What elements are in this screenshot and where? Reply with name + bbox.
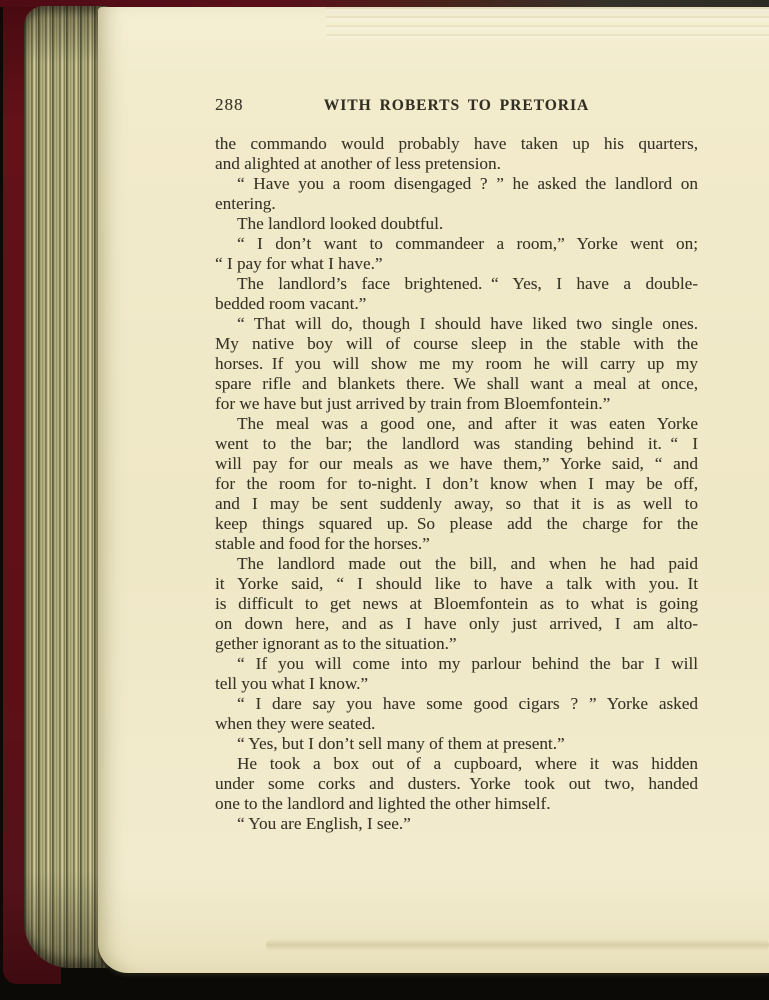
paragraph: “ Have you a room disengaged ? ” he aske… — [215, 174, 698, 214]
page-top-edge-bands — [326, 7, 769, 43]
paragraph: The landlord made out the bill, and when… — [215, 554, 698, 654]
top-spine-edge — [0, 0, 769, 7]
text-line: when they were seated. — [215, 714, 698, 734]
text-line: under some corks and dusters. Yorke took… — [215, 774, 698, 794]
paragraph: “ I dare say you have some good cigars ?… — [215, 694, 698, 734]
book-scan: 288 WITH ROBERTS TO PRETORIA the command… — [0, 0, 769, 1000]
text-line: for the room for to-night. I don’t know … — [215, 474, 698, 494]
text-line: the commando would probably have taken u… — [215, 134, 698, 154]
text-line: My native boy will of course sleep in th… — [215, 334, 698, 354]
text-line: bedded room vacant.” — [215, 294, 698, 314]
text-body: the commando would probably have taken u… — [215, 134, 698, 834]
paragraph: The meal was a good one, and after it wa… — [215, 414, 698, 554]
text-line: gether ignorant as to the situation.” — [215, 634, 698, 654]
text-line: He took a box out of a cupboard, where i… — [215, 754, 698, 774]
paragraph: “ If you will come into my parlour behin… — [215, 654, 698, 694]
text-line: is difficult to get news at Bloemfontein… — [215, 594, 698, 614]
paragraph: the commando would probably have taken u… — [215, 134, 698, 174]
text-line: one to the landlord and lighted the othe… — [215, 794, 698, 814]
text-line: “ If you will come into my parlour behin… — [215, 654, 698, 674]
page-header: 288 WITH ROBERTS TO PRETORIA — [215, 95, 698, 119]
text-line: keep things squared up. So please add th… — [215, 514, 698, 534]
paragraph: “ That will do, though I should have lik… — [215, 314, 698, 414]
page-content: 288 WITH ROBERTS TO PRETORIA the command… — [215, 95, 698, 834]
text-line: The landlord made out the bill, and when… — [215, 554, 698, 574]
text-line: will pay for our meals as we have them,”… — [215, 454, 698, 474]
text-line: “ You are English, I see.” — [215, 814, 698, 834]
page-bottom-crease — [266, 939, 769, 951]
page-stack-edge — [24, 6, 108, 968]
text-line: “ Have you a room disengaged ? ” he aske… — [215, 174, 698, 194]
text-line: on down here, and as I have only just ar… — [215, 614, 698, 634]
text-line: “ Yes, but I don’t sell many of them at … — [215, 734, 698, 754]
text-line: “ That will do, though I should have lik… — [215, 314, 698, 334]
text-line: and alighted at another of less pretensi… — [215, 154, 698, 174]
page-number: 288 — [215, 95, 244, 115]
text-line: The meal was a good one, and after it wa… — [215, 414, 698, 434]
text-line: spare rifle and blankets there. We shall… — [215, 374, 698, 394]
paragraph: “ You are English, I see.” — [215, 814, 698, 834]
text-line: The landlord’s face brightened. “ Yes, I… — [215, 274, 698, 294]
text-line: for we have but just arrived by train fr… — [215, 394, 698, 414]
text-line: horses. If you will show me my room he w… — [215, 354, 698, 374]
text-line: “ I don’t want to commandeer a room,” Yo… — [215, 234, 698, 254]
text-line: entering. — [215, 194, 698, 214]
text-line: tell you what I know.” — [215, 674, 698, 694]
paragraph: “ Yes, but I don’t sell many of them at … — [215, 734, 698, 754]
text-line: The landlord looked doubtful. — [215, 214, 698, 234]
text-line: “ I dare say you have some good cigars ?… — [215, 694, 698, 714]
text-line: stable and food for the horses.” — [215, 534, 698, 554]
running-header: WITH ROBERTS TO PRETORIA — [215, 95, 698, 115]
paragraph: The landlord’s face brightened. “ Yes, I… — [215, 274, 698, 314]
paragraph: The landlord looked doubtful. — [215, 214, 698, 234]
text-line: “ I pay for what I have.” — [215, 254, 698, 274]
paragraph: “ I don’t want to commandeer a room,” Yo… — [215, 234, 698, 274]
paragraph: He took a box out of a cupboard, where i… — [215, 754, 698, 814]
text-line: it Yorke said, “ I should like to have a… — [215, 574, 698, 594]
text-line: and I may be sent suddenly away, so that… — [215, 494, 698, 514]
text-line: went to the bar; the landlord was standi… — [215, 434, 698, 454]
